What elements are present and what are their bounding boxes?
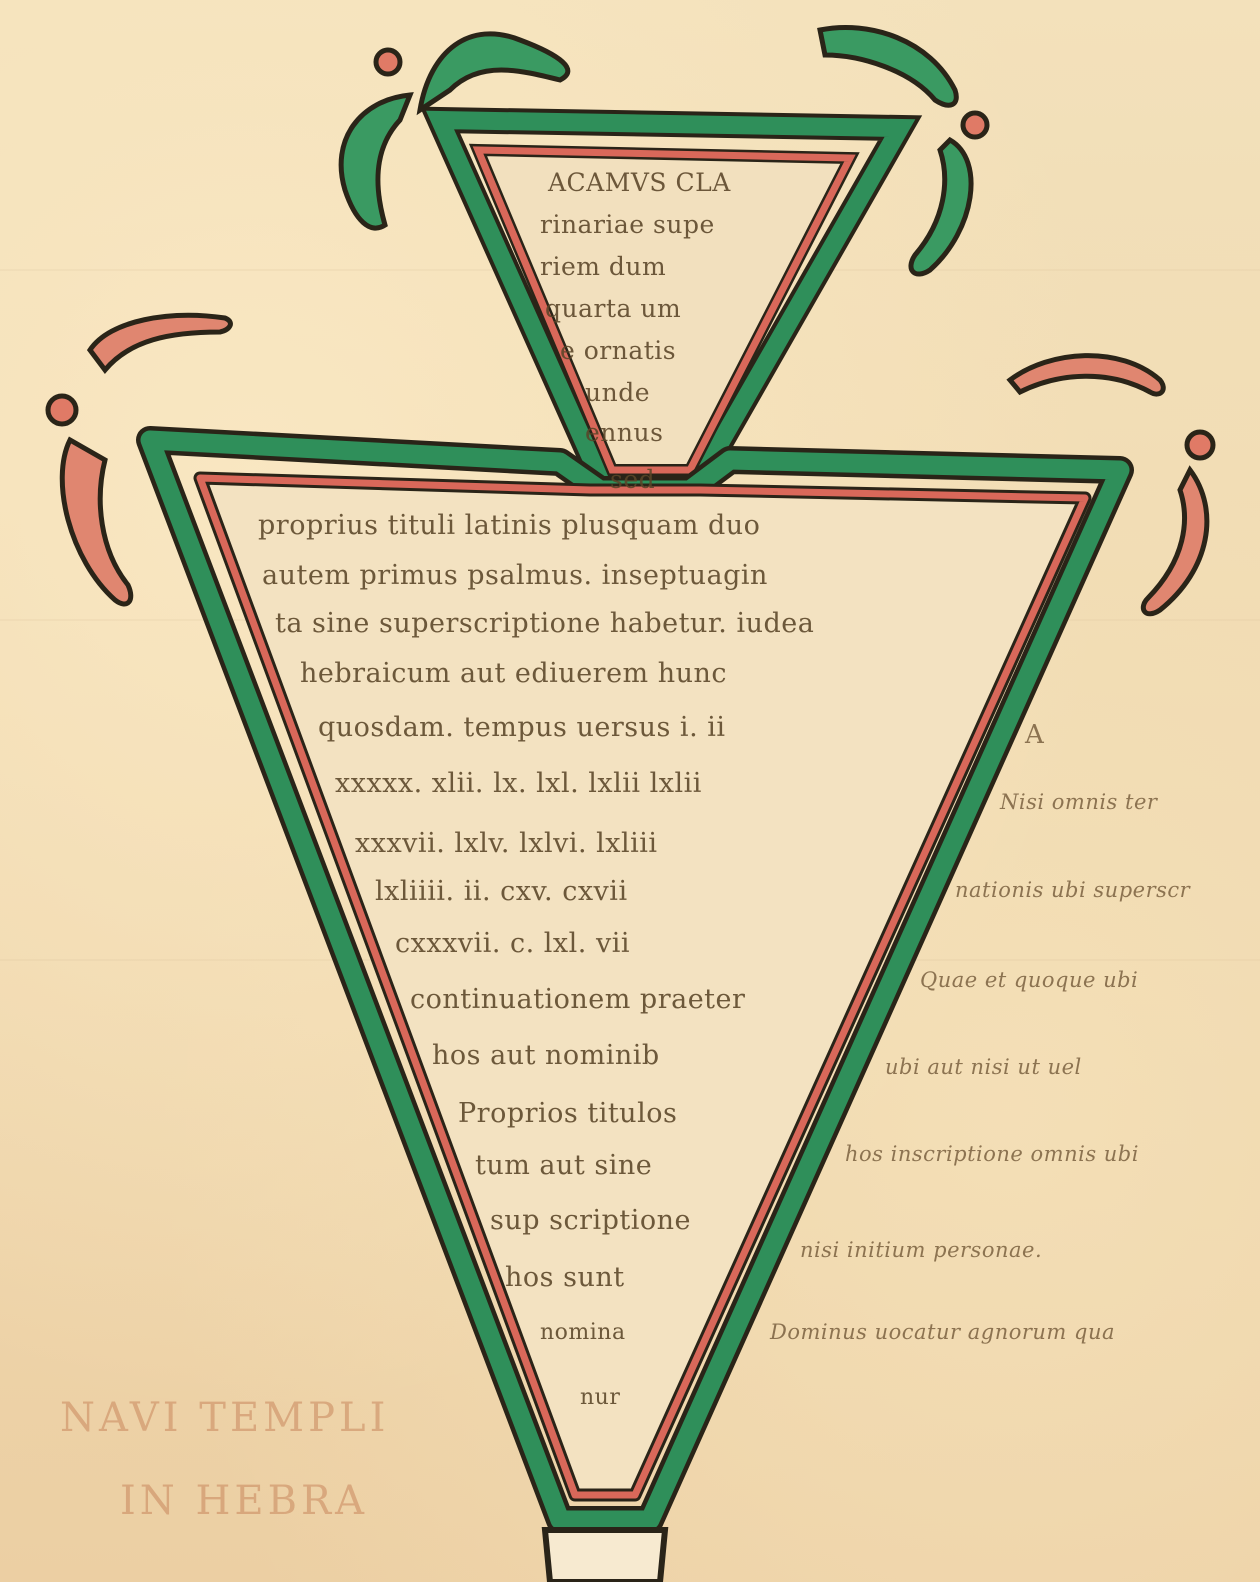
margin-note: Dominus uocatur agnorum qua	[770, 1320, 1115, 1344]
margin-note: A	[1025, 720, 1044, 750]
margin-note: nationis ubi superscr	[955, 878, 1190, 902]
faded-text-line: NAVI TEMPLI	[60, 1395, 389, 1441]
text-line: quosdam. tempus uersus i. ii	[318, 712, 726, 743]
margin-note: ubi aut nisi ut uel	[885, 1055, 1082, 1079]
text-line: hos aut nominib	[432, 1040, 660, 1071]
text-line: rinariae supe	[540, 210, 715, 239]
manuscript-page: ACAMVS CLA rinariae supe riem dum quarta…	[0, 0, 1260, 1582]
margin-note: nisi initium personae.	[800, 1238, 1042, 1262]
text-line: unde	[585, 378, 650, 407]
text-line: tum aut sine	[475, 1150, 652, 1181]
faded-text-line: IN HEBRA	[120, 1478, 368, 1524]
text-line: ennus	[585, 418, 663, 447]
text-line: ta sine superscriptione habetur. iudea	[275, 608, 814, 639]
text-line: hos sunt	[505, 1262, 625, 1293]
text-line: continuationem praeter	[410, 984, 745, 1015]
text-line: ACAMVS CLA	[548, 168, 731, 197]
text-line: sed	[610, 465, 655, 494]
text-line: nomina	[540, 1320, 626, 1345]
text-line: sup scriptione	[490, 1205, 691, 1236]
text-line: xxxvii. lxlv. lxlvi. lxliii	[355, 828, 658, 859]
margin-note: hos inscriptione omnis ubi	[845, 1142, 1139, 1166]
text-line: nur	[580, 1385, 620, 1410]
text-line: quarta um	[545, 294, 681, 323]
margin-note: Nisi omnis ter	[1000, 790, 1157, 814]
margin-note: Quae et quoque ubi	[920, 968, 1138, 992]
text-line: proprius tituli latinis plusquam duo	[258, 510, 760, 541]
text-line: e ornatis	[560, 336, 676, 365]
text-line: riem dum	[540, 252, 666, 281]
text-line: autem primus psalmus. inseptuagin	[262, 560, 768, 591]
text-line: lxliiii. ii. cxv. cxvii	[375, 876, 628, 907]
text-line: cxxxvii. c. lxl. vii	[395, 928, 630, 959]
text-line: hebraicum aut ediuerem hunc	[300, 658, 727, 689]
text-line: xxxxx. xlii. lx. lxl. lxlii lxlii	[335, 768, 702, 799]
pedestal	[545, 1530, 665, 1582]
text-line: Proprios titulos	[458, 1098, 677, 1129]
